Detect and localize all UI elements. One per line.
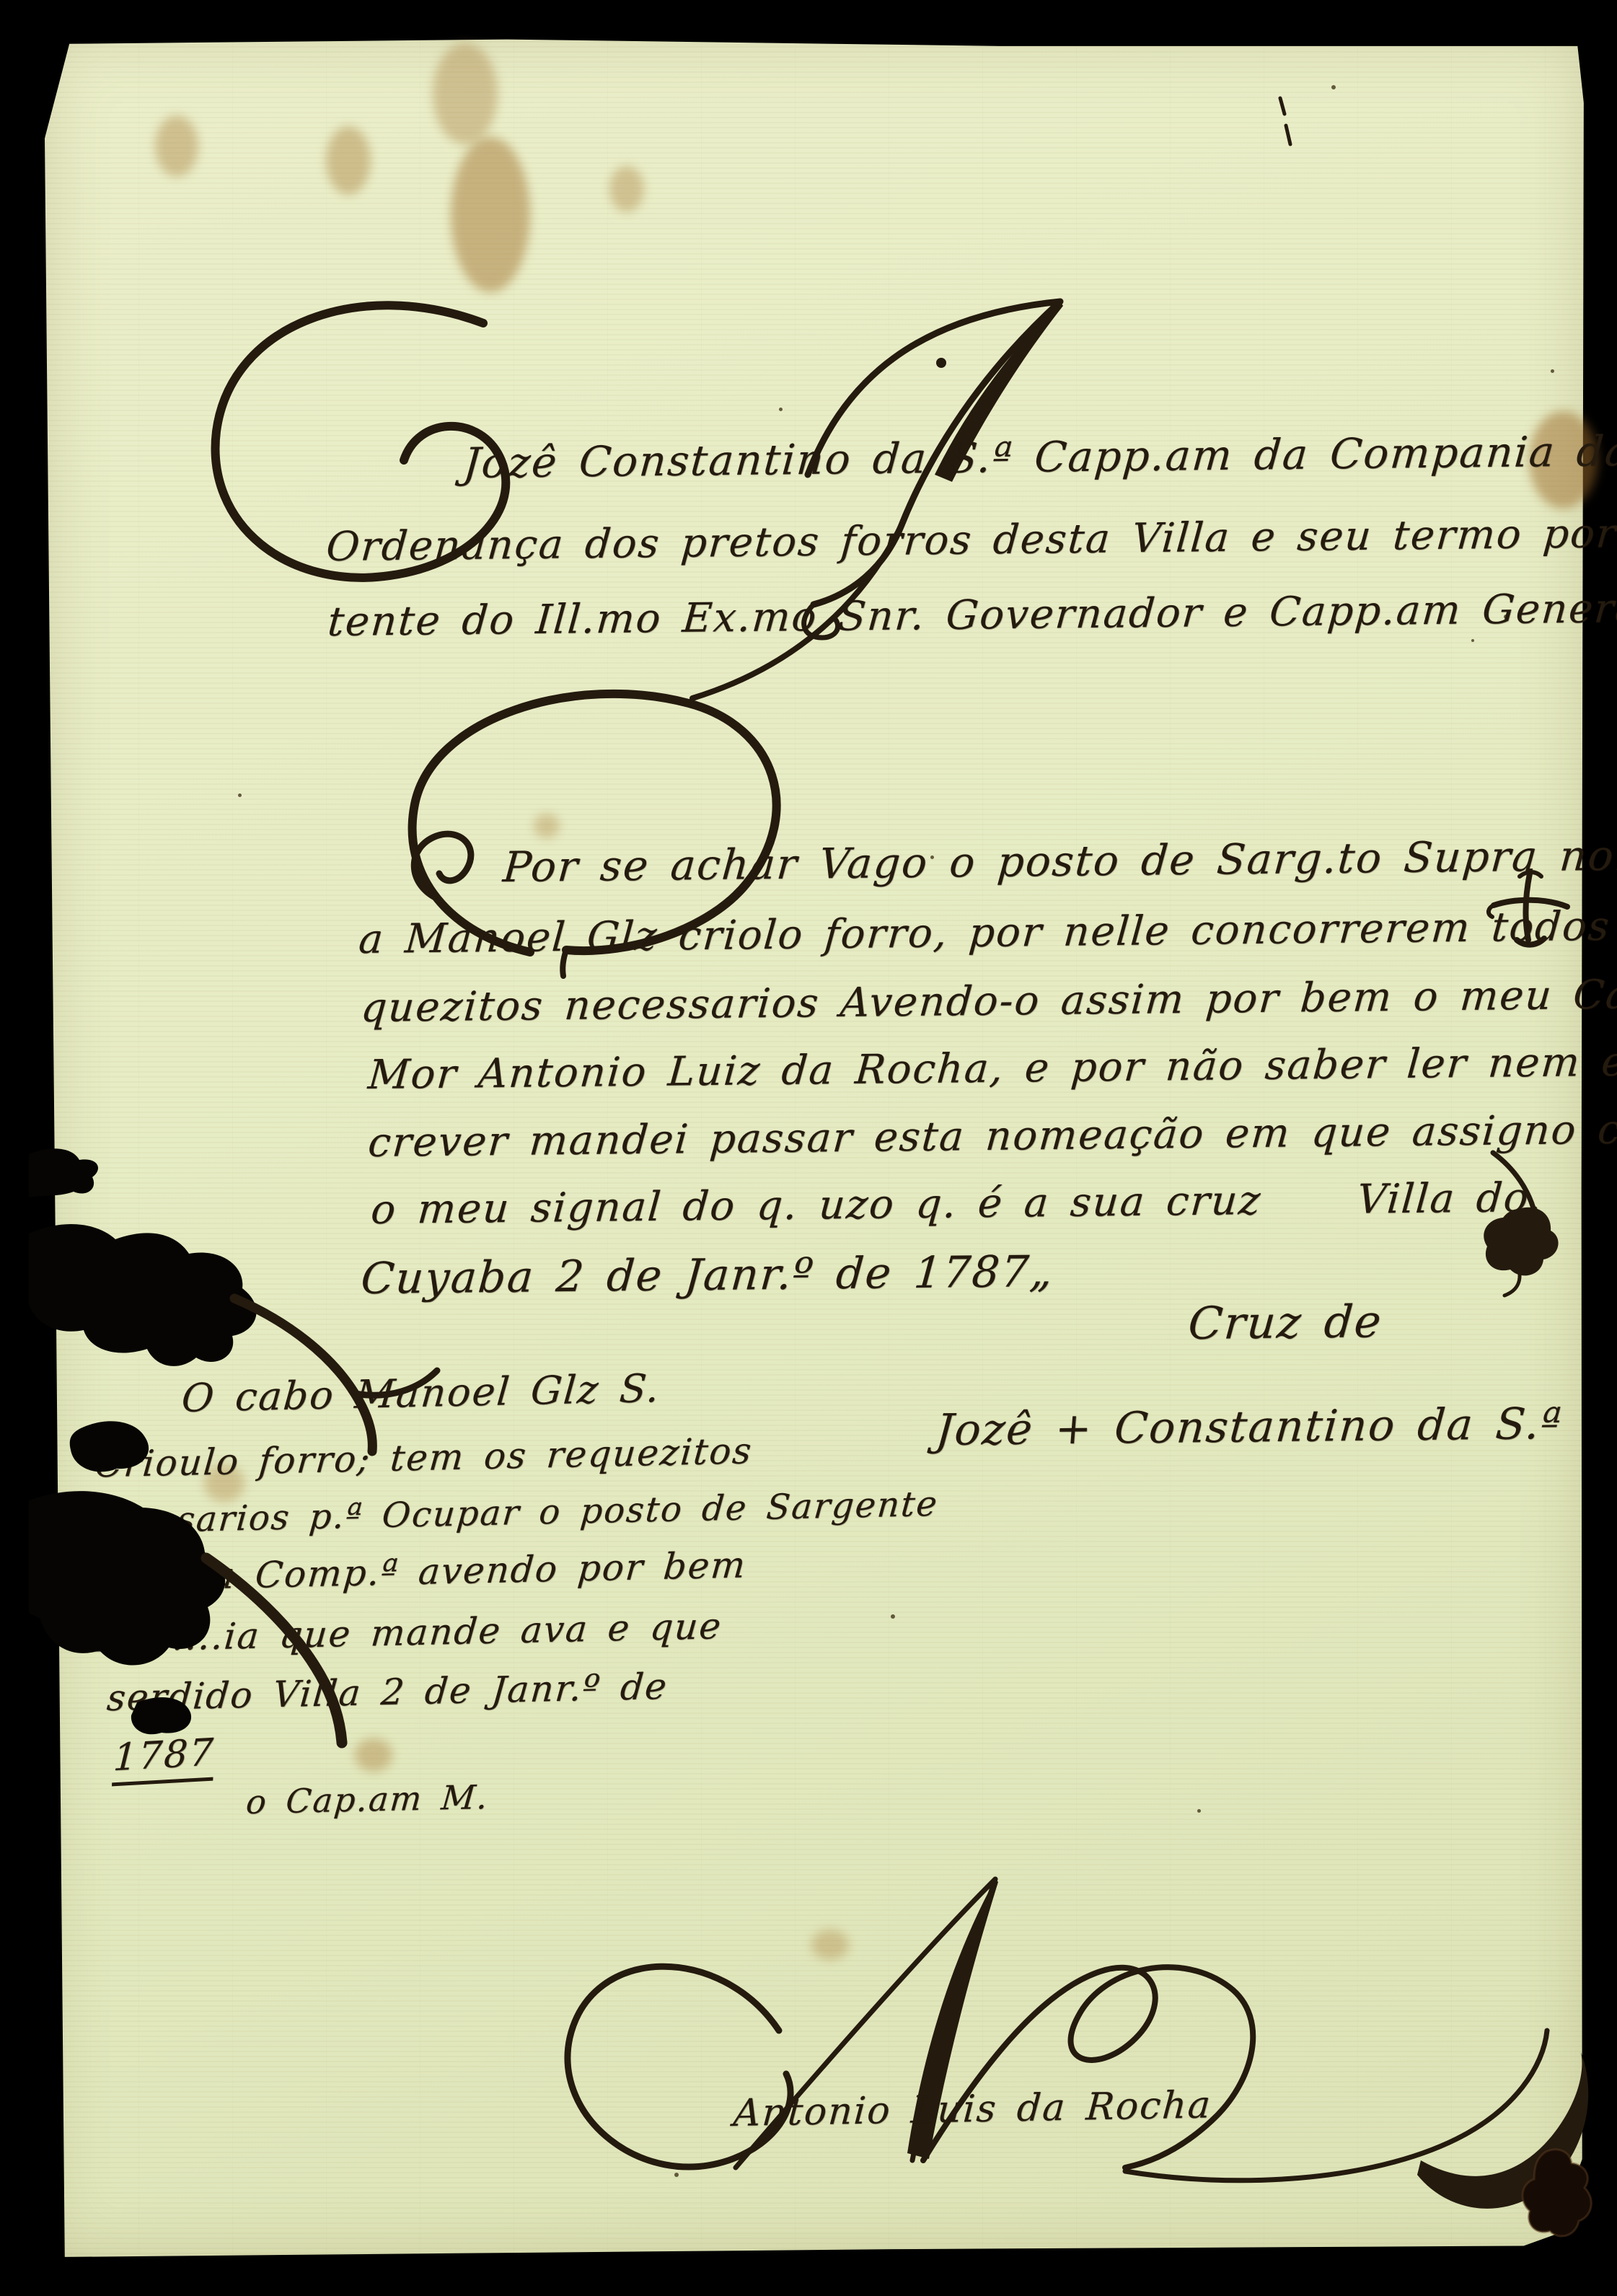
body-line-6-left: o meu signal do q. uzo q. é a sua cruz bbox=[369, 1177, 1263, 1233]
left-edge-ink-blots bbox=[29, 1125, 490, 1774]
margin-ink-blob-right bbox=[1450, 1147, 1572, 1298]
ink-speck bbox=[1331, 85, 1336, 89]
ink-speck bbox=[891, 1614, 895, 1619]
closing-signature-line: Jozê + Constantino da S.ª bbox=[934, 1399, 1564, 1456]
ink-speck bbox=[1471, 639, 1474, 642]
signature-flourish bbox=[519, 1850, 1617, 2254]
ink-speck bbox=[1551, 369, 1554, 373]
corner-tear-mark bbox=[1504, 2146, 1612, 2254]
ink-speck bbox=[238, 793, 242, 797]
manuscript-photo: Jozê Constantino da S.ª Capp.am da Compa… bbox=[0, 0, 1617, 2296]
margin-note-capm: o Cap.am M. bbox=[244, 1777, 490, 1821]
footer-signature-name: Antonio Luis da Rocha bbox=[732, 2083, 1213, 2135]
ink-speck bbox=[1197, 1809, 1201, 1813]
stain-top-2 bbox=[326, 126, 371, 195]
stain-top-1 bbox=[155, 115, 198, 177]
pen-dash-marks bbox=[1273, 94, 1302, 151]
stain-top-smear-2 bbox=[433, 43, 498, 144]
stain-top-3 bbox=[609, 166, 644, 212]
closing-cruz-de: Cruz de bbox=[1186, 1295, 1384, 1350]
